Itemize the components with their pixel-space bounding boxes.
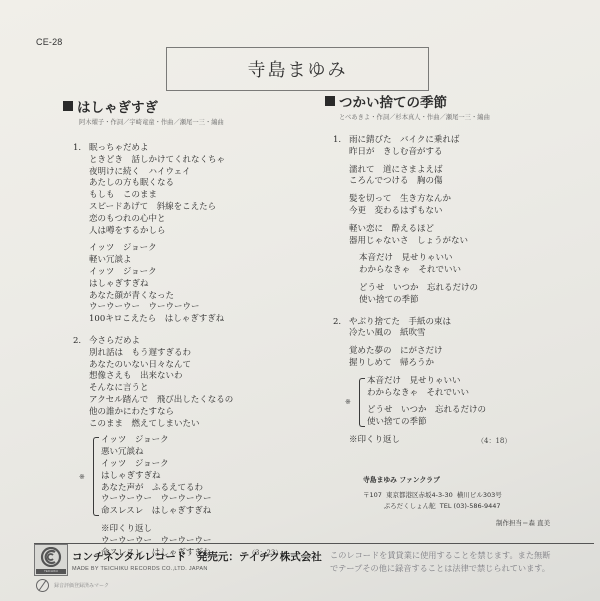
verse-lines: やぶり捨てた 手紙の束は 冷たい風の 紙吹雪 覚めた夢の にがさだけ 握りしめて… <box>349 317 585 370</box>
catalog-number: CE-28 <box>36 37 63 47</box>
made-by-text: MADE BY TEICHIKU RECORDS CO.,LTD. JAPAN <box>72 566 208 572</box>
chorus-mark-icon: ※ <box>345 398 351 406</box>
lyric-line: あなたのいない日々なんて <box>89 360 313 372</box>
song-duration: （4：18） <box>477 436 511 446</box>
verse-lines: 眠っちゃだめよ ときどき 話しかけてくれなくちゃ 夜明けに続く ハイウェイ あた… <box>89 143 313 326</box>
lyric-line: ウーウーウー ウーウーウー <box>101 536 313 548</box>
continental-logo-icon <box>40 547 62 567</box>
lyric-line: 使い捨ての季節 <box>359 295 585 307</box>
lyric-line: はしゃぎすぎね <box>101 471 313 483</box>
song-title-text: つかい捨ての季節 <box>339 91 447 111</box>
repeat-note: ※印くり返し <box>101 524 313 536</box>
lyric-line: イッツ ジョーク <box>89 267 313 279</box>
lyric-line: 他の誰かにわたすなら <box>89 407 313 419</box>
song-credits: 阿木燿子・作詞／宇崎竜童・作曲／瀬尾一三・編曲 <box>79 117 313 126</box>
lyric-line: イッツ ジョーク <box>101 435 313 447</box>
lyric-line: もしも このまま <box>89 190 313 202</box>
lyric-line: 今更 変わるはずもない <box>349 206 585 218</box>
recording-mark-text: 録音評価登録済みマーク <box>54 582 109 589</box>
lyric-line: ころんでつける 胸の傷 <box>349 176 585 188</box>
lyric-line: ウーウーウー ウーウーウー <box>89 302 313 314</box>
verse-lines: 今さらだめよ 別れ話は もう遅すぎるわ あなたのいない日々なんて 想像さえも 出… <box>89 336 313 430</box>
lyric-line: 別れ話は もう遅すぎるわ <box>89 348 313 360</box>
lyric-line: 覚めた夢の にがさだけ <box>349 346 585 358</box>
lyric-line: 軽い冗談よ <box>89 255 313 267</box>
lyric-line: あなた声が ふるえてるわ <box>101 483 313 495</box>
verse-1: 1. 眠っちゃだめよ ときどき 話しかけてくれなくちゃ 夜明けに続く ハイウェイ… <box>73 143 313 326</box>
song-title: はしゃぎすぎ <box>63 96 313 116</box>
brace-bracket <box>359 378 365 427</box>
lyric-line: 眠っちゃだめよ <box>89 143 313 155</box>
repeat-note: ※印くり返し <box>349 435 585 447</box>
fanclub-address: 〒107 東京都港区赤坂4-3-30 横川ビル303号 ぷろだくしょん舵 TEL… <box>363 490 502 512</box>
lyric-line: アクセル踏んで 飛び出したくなるの <box>89 395 313 407</box>
chorus-mark-icon: ※ <box>79 473 85 481</box>
lyric-line: 想像さえも 出来ないわ <box>89 371 313 383</box>
chorus-block: ※ 本音だけ 見せりゃいい わからなきゃ それでいい どうせ いつか 忘れるだけ… <box>357 376 585 429</box>
lyric-line: 昨日が きしむ音がする <box>349 147 585 159</box>
production-staff: 制作担当＝森 直美 <box>496 518 550 527</box>
chorus-block: ※ イッツ ジョーク 悪い冗談ね イッツ ジョーク はしゃぎすぎね あなた声が … <box>91 435 313 518</box>
song-tsukaisute-no-kisetsu: つかい捨ての季節 とべあきよ・作詞／杉本真人・作曲／瀬尾一三・編曲 1. 雨に錆… <box>325 91 585 447</box>
verse-number: 2. <box>333 317 341 327</box>
record-label: コンチネンタルレコード 発売元：テイチク株式会社 <box>72 549 322 564</box>
lyric-line: そんなに言うと <box>89 383 313 395</box>
lyric-line: どうせ いつか 忘れるだけの <box>367 405 585 417</box>
lyric-line: 使い捨ての季節 <box>367 417 585 429</box>
repeat-row: ※印くり返し （4：18） <box>325 435 585 447</box>
lyric-line: ウーウーウー ウーウーウー <box>101 494 313 506</box>
verse-number: 1. <box>333 135 341 145</box>
square-bullet-icon <box>325 96 335 106</box>
lyric-line: イッツ ジョーク <box>89 243 313 255</box>
lyric-line: 本音だけ 見せりゃいい <box>359 253 585 265</box>
song-title: つかい捨ての季節 <box>325 91 585 111</box>
lyric-line: 悪い冗談ね <box>101 447 313 459</box>
artist-name: 寺島まゆみ <box>248 56 348 82</box>
song-hashagisugi: はしゃぎすぎ 阿木燿子・作詞／宇崎竜童・作曲／瀬尾一三・編曲 1. 眠っちゃだめ… <box>63 96 313 559</box>
lyric-line: イッツ ジョーク <box>101 459 313 471</box>
chorus-lines: 本音だけ 見せりゃいい わからなきゃ それでいい どうせ いつか 忘れるだけの … <box>359 253 585 306</box>
lyric-line: 軽い恋に 酔えるほど <box>349 224 585 236</box>
lyric-line: 恋のもつれの心中と <box>89 214 313 226</box>
square-bullet-icon <box>63 101 73 111</box>
lyric-line: 濡れて 道にさまよえば <box>349 165 585 177</box>
lyric-line: 器用じゃないさ しょうがない <box>349 236 585 248</box>
copyright-notice: このレコードを賃貸業に使用することを禁じます。また無断 でテープその他に録音する… <box>330 549 595 575</box>
lyric-line: 本音だけ 見せりゃいい <box>367 376 585 388</box>
fanclub-title: 寺島まゆみ ファンクラブ <box>363 474 502 484</box>
verse-number: 2. <box>73 336 81 346</box>
recording-registration-icon <box>36 579 49 592</box>
verse-lines: 雨に錆びた バイクに乗れば 昨日が きしむ音がする 濡れて 道にさまよえば ころ… <box>349 135 585 307</box>
artist-title-box: 寺島まゆみ <box>166 47 429 91</box>
song-credits: とべあきよ・作詞／杉本真人・作曲／瀬尾一三・編曲 <box>339 112 585 121</box>
fanclub-info: 寺島まゆみ ファンクラブ 〒107 東京都港区赤坂4-3-30 横川ビル303号… <box>363 474 502 512</box>
logo-tag: TEICHIKU <box>36 569 66 574</box>
footer-divider <box>34 543 594 544</box>
lyric-line: ときどき 話しかけてくれなくちゃ <box>89 155 313 167</box>
lyric-line: このまま 燃えてしまいたい <box>89 419 313 431</box>
lyric-line: 100キロこえたら はしゃぎすぎね <box>89 314 313 326</box>
verse-number: 1. <box>73 143 81 153</box>
continental-records-logo: TEICHIKU <box>34 544 68 576</box>
lyric-line: 雨に錆びた バイクに乗れば <box>349 135 585 147</box>
lyric-line: 夜明けに続く ハイウェイ <box>89 167 313 179</box>
lyric-line: 今さらだめよ <box>89 336 313 348</box>
lyric-line: 握りしめて 帰ろうか <box>349 358 585 370</box>
lyric-line: はしゃぎすぎね <box>89 279 313 291</box>
brace-bracket <box>93 437 99 516</box>
lyric-line: どうせ いつか 忘れるだけの <box>359 283 585 295</box>
verse-2: 2. 今さらだめよ 別れ話は もう遅すぎるわ あなたのいない日々なんて 想像さえ… <box>73 336 313 430</box>
lyric-line: 命スレスレ はしゃぎすぎね <box>101 506 313 518</box>
song-title-text: はしゃぎすぎ <box>77 96 158 116</box>
lyric-line: スピードあげて 斜線をこえたら <box>89 202 313 214</box>
lyric-line: あたしの方も眠くなる <box>89 178 313 190</box>
lyric-line: 髪を切って 生き方なんか <box>349 194 585 206</box>
lyric-line: わからなきゃ それでいい <box>367 388 585 400</box>
verse-2: 2. やぶり捨てた 手紙の束は 冷たい風の 紙吹雪 覚めた夢の にがさだけ 握り… <box>333 317 585 370</box>
lyric-line: あなた顔が青くなった <box>89 291 313 303</box>
lyric-line: やぶり捨てた 手紙の束は <box>349 317 585 329</box>
lyric-line: 冷たい風の 紙吹雪 <box>349 328 585 340</box>
lyric-line: 人は噂をするかしら <box>89 226 313 238</box>
lyric-line: わからなきゃ それでいい <box>359 265 585 277</box>
verse-1: 1. 雨に錆びた バイクに乗れば 昨日が きしむ音がする 濡れて 道にさまよえば… <box>333 135 585 307</box>
